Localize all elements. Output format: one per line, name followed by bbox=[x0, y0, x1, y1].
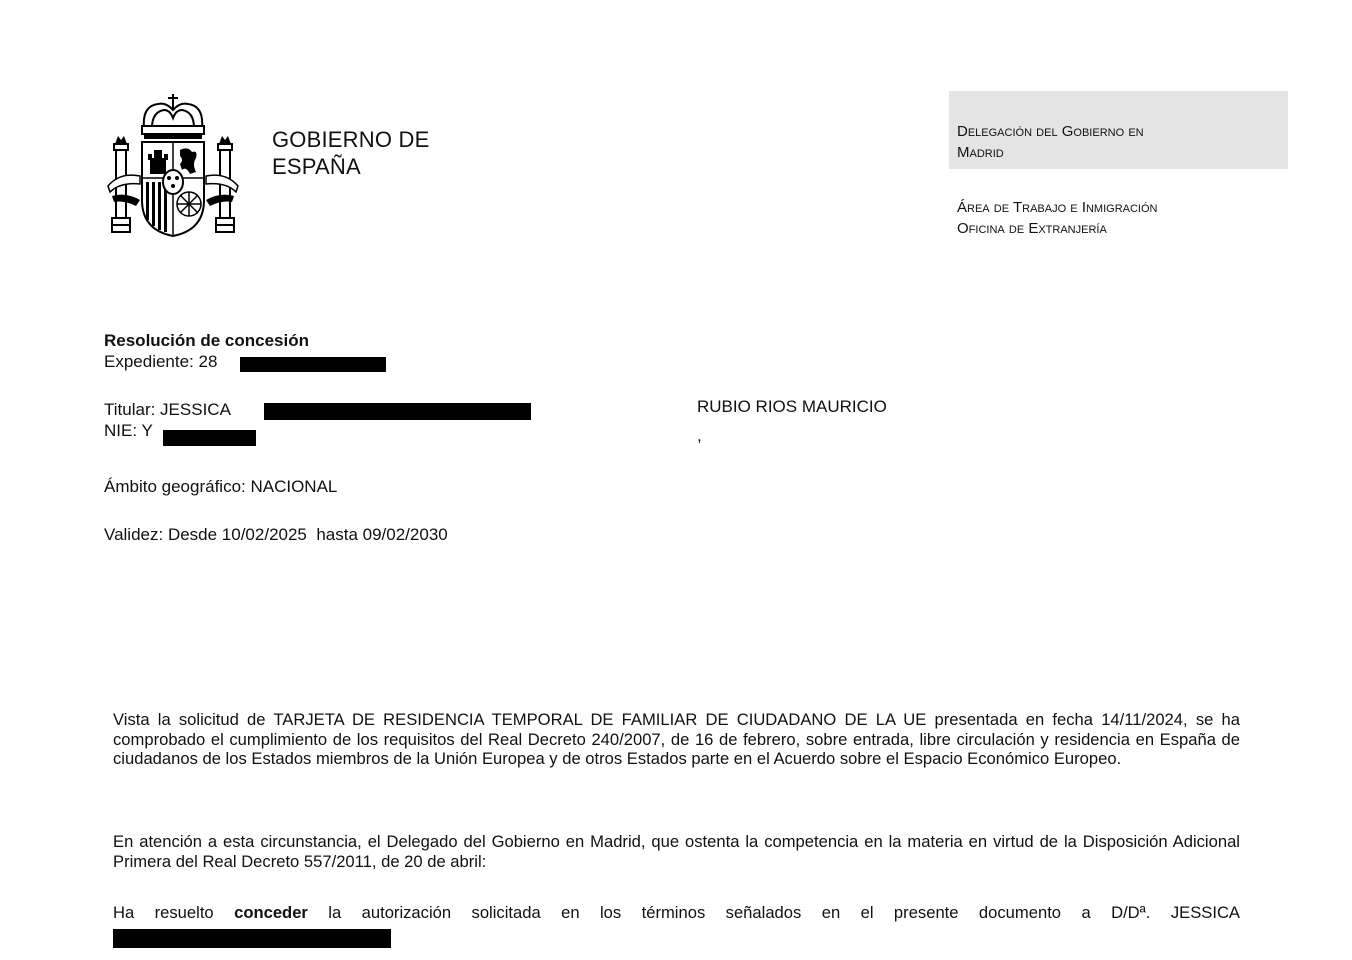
paragraph-atencion: En atención a esta circunstancia, el Del… bbox=[113, 832, 1240, 871]
expediente-label: Expediente: 28 bbox=[104, 352, 217, 372]
government-title-line1: GOBIERNO DE bbox=[272, 126, 429, 153]
titular-label: Titular: JESSICA bbox=[104, 400, 231, 420]
government-title: GOBIERNO DE ESPAÑA bbox=[272, 126, 429, 180]
resuelto-text-after: la autorización solicitada en los términ… bbox=[308, 903, 1240, 922]
paragraph-resuelto: Ha resuelto conceder la autorización sol… bbox=[113, 903, 1240, 923]
redaction-titular bbox=[264, 403, 531, 420]
redaction-expediente bbox=[240, 357, 386, 372]
redaction-name-final bbox=[113, 929, 391, 948]
delegacion-line1: Delegación del Gobierno en bbox=[957, 121, 1144, 142]
addressee-name: RUBIO RIOS MAURICIO bbox=[697, 396, 887, 418]
ambito-geografico: Ámbito geográfico: NACIONAL bbox=[104, 477, 337, 497]
redaction-nie bbox=[163, 430, 256, 446]
addressee-line2: , bbox=[697, 426, 702, 446]
area-text: Área de Trabajo e Inmigración Oficina de… bbox=[957, 197, 1157, 239]
paragraph-solicitud: Vista la solicitud de TARJETA DE RESIDEN… bbox=[113, 710, 1240, 769]
delegacion-box: Delegación del Gobierno en Madrid bbox=[949, 91, 1288, 169]
nie-label: NIE: Y bbox=[104, 421, 153, 441]
delegacion-text: Delegación del Gobierno en Madrid bbox=[957, 121, 1144, 163]
spanish-coat-of-arms-icon bbox=[106, 88, 240, 238]
delegacion-line2: Madrid bbox=[957, 142, 1144, 163]
resolution-title: Resolución de concesión bbox=[104, 331, 309, 351]
area-line2: Oficina de Extranjería bbox=[957, 218, 1157, 239]
resuelto-text-before: Ha resuelto bbox=[113, 903, 234, 922]
area-line1: Área de Trabajo e Inmigración bbox=[957, 197, 1157, 218]
government-title-line2: ESPAÑA bbox=[272, 153, 429, 180]
validez: Validez: Desde 10/02/2025 hasta 09/02/20… bbox=[104, 525, 448, 545]
conceder-bold: conceder bbox=[234, 903, 308, 922]
